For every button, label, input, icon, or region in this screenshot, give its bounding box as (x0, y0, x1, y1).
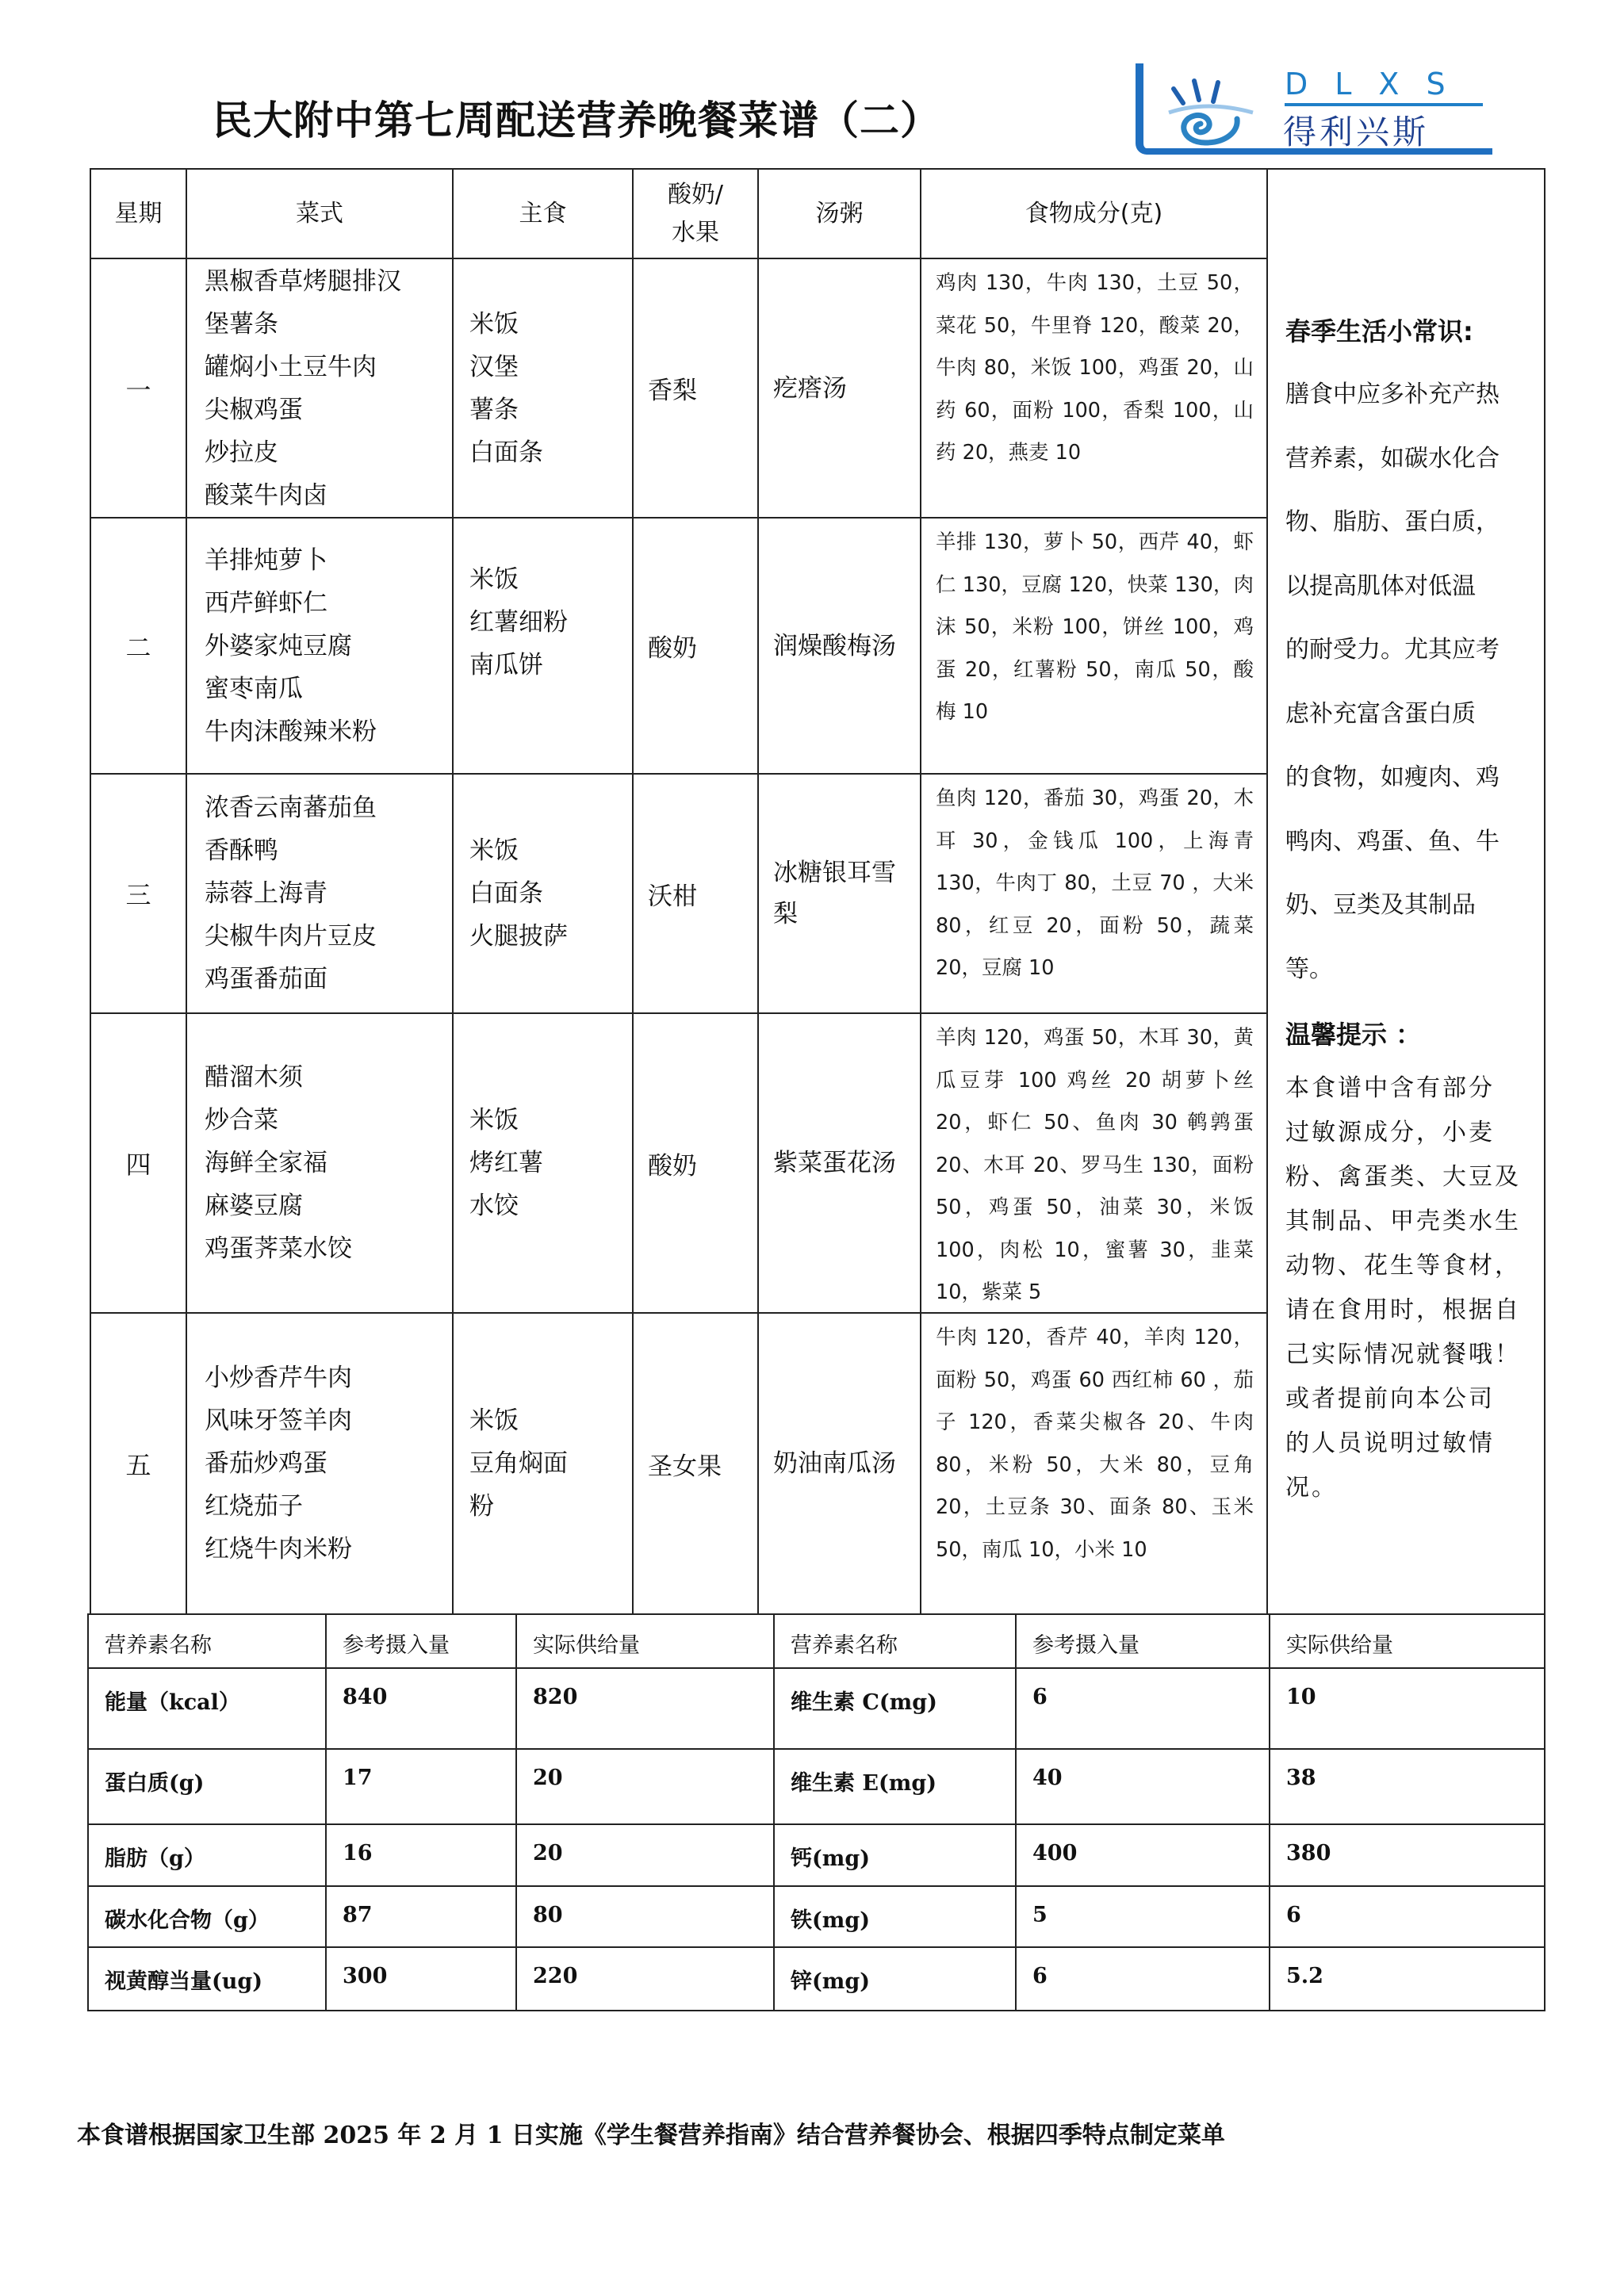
dish-item: 鸡蛋荠菜水饺 (205, 1227, 452, 1270)
row-3-staple: 米饭 白面条 火腿披萨 (452, 773, 632, 1012)
nutrient-reference: 840 (325, 1667, 515, 1748)
notice-text: 本食谱中含有部分 过敏源成分，小麦 粉、禽蛋类、大豆及 其制品、甲壳类水生 动物… (1285, 1066, 1528, 1510)
row-5-ingredients: 牛肉 120，香芹 40，羊肉 120，面粉 50，鸡蛋 60 西红柿 60 ，… (920, 1312, 1266, 1613)
row-3-fruit: 沃柑 (632, 773, 757, 1012)
notice-line: 过敏源成分，小麦 (1285, 1111, 1528, 1155)
dish-item: 蜜枣南瓜 (205, 668, 452, 710)
nutrient-actual: 380 (1269, 1823, 1544, 1885)
tips-line: 营养素，如碳水化合 (1285, 427, 1528, 492)
nutrient-name: 碳水化合物（g） (87, 1885, 325, 1946)
nutrient-name: 视黄醇当量(ug) (87, 1946, 325, 2010)
row-4-yogurt: 酸奶 (632, 1012, 757, 1312)
row-5-soup: 奶油南瓜汤 (757, 1312, 920, 1613)
page-title: 民大附中第七周配送营养晚餐菜谱（二） (213, 89, 1005, 146)
day-label: 一 (125, 370, 151, 407)
soup-label: 冰糖银耳雪梨 (773, 852, 913, 935)
dish-item: 醋溜木须 (205, 1056, 452, 1099)
header-dishes: 菜式 (186, 168, 452, 258)
dish-item: 海鲜全家福 (205, 1142, 452, 1184)
tips-text: 膳食中应多补充产热 营养素，如碳水化合 物、脂肪、蛋白质， 以提高肌体对低温 的… (1285, 363, 1528, 1001)
soup-label: 奶油南瓜汤 (773, 1443, 896, 1484)
dish-item: 番茄炒鸡蛋 (205, 1442, 452, 1485)
row-5-fruit: 圣女果 (632, 1312, 757, 1613)
nutrient-reference: 6 (1015, 1946, 1269, 2010)
row-2-day: 二 (90, 517, 186, 773)
nutrition-header-reference: 参考摄入量 (325, 1613, 515, 1667)
tips-line: 的食物，如瘦肉、鸡 (1285, 746, 1528, 810)
staple-item: 汉堡 (469, 346, 632, 388)
row-2-staple: 米饭 红薯细粉 南瓜饼 (452, 517, 632, 773)
dish-item: 炒合菜 (205, 1099, 452, 1142)
row-2-soup: 润燥酸梅汤 (757, 517, 920, 773)
dish-item: 浓香云南蕃茄鱼 (205, 786, 452, 829)
notice-line: 请在食用时，根据自 (1285, 1288, 1528, 1333)
row-1-soup: 疙瘩汤 (757, 258, 920, 517)
dish-item: 红烧茄子 (205, 1485, 452, 1528)
yogurt-label: 酸奶 (648, 628, 697, 664)
dish-item: 堡薯条 (205, 303, 452, 346)
row-3-soup: 冰糖银耳雪梨 (757, 773, 920, 1012)
row-5-dishes: 小炒香芹牛肉 风味牙签羊肉 番茄炒鸡蛋 红烧茄子 红烧牛肉米粉 (186, 1312, 452, 1613)
row-2-dishes: 羊排炖萝卜 西芹鲜虾仁 外婆家炖豆腐 蜜枣南瓜 牛肉沫酸辣米粉 (186, 517, 452, 773)
row-2-yogurt: 酸奶 (632, 517, 757, 773)
dish-item: 外婆家炖豆腐 (205, 625, 452, 668)
fruit-label: 香梨 (648, 370, 697, 406)
nutrient-reference: 400 (1015, 1823, 1269, 1885)
row-1-dishes: 黑椒香草烤腿排汉 堡薯条 罐焖小土豆牛肉 尖椒鸡蛋 炒拉皮 酸菜牛肉卤 (186, 258, 452, 517)
notice-line: 己实际情况就餐哦！ (1285, 1333, 1528, 1377)
dish-item: 酸菜牛肉卤 (205, 474, 452, 517)
header-yogurt-fruit: 酸奶/ 水果 (632, 168, 757, 258)
nutrient-actual: 5.2 (1269, 1946, 1544, 2010)
dish-item: 红烧牛肉米粉 (205, 1528, 452, 1571)
nutrient-actual: 820 (515, 1667, 773, 1748)
dish-item: 尖椒牛肉片豆皮 (205, 915, 452, 958)
staple-item: 火腿披萨 (469, 915, 632, 958)
row-4-dishes: 醋溜木须 炒合菜 海鲜全家福 麻婆豆腐 鸡蛋荠菜水饺 (186, 1012, 452, 1312)
header-day-label: 星期 (115, 195, 163, 233)
nutrient-reference: 40 (1015, 1748, 1269, 1823)
dish-item: 尖椒鸡蛋 (205, 388, 452, 431)
fruit-label: 沃柑 (648, 876, 697, 912)
nutrient-name: 蛋白质(g) (87, 1748, 325, 1823)
nutrient-actual: 20 (515, 1748, 773, 1823)
tips-line: 物、脂肪、蛋白质， (1285, 491, 1528, 555)
dish-item: 羊排炖萝卜 (205, 539, 452, 582)
eye-spiral-logo-icon (1159, 71, 1262, 147)
footer-note: 本食谱根据国家卫生部 2025 年 2 月 1 日实施《学生餐营养指南》结合营养… (77, 2115, 1225, 2150)
nutrition-header-actual-2: 实际供给量 (1269, 1613, 1544, 1667)
yogurt-label: 酸奶 (648, 1146, 697, 1181)
tips-line: 膳食中应多补充产热 (1285, 363, 1528, 427)
staple-item: 米饭 (469, 1099, 632, 1142)
staple-item: 薯条 (469, 388, 632, 431)
staple-item: 米饭 (469, 829, 632, 872)
notice-line: 其制品、甲壳类水生 (1285, 1200, 1528, 1244)
tips-heading: 春季生活小常识: (1285, 300, 1528, 363)
dish-item: 蒜蓉上海青 (205, 872, 452, 915)
logo-chinese-text: 得利兴斯 (1283, 106, 1429, 154)
nutrient-actual: 20 (515, 1823, 773, 1885)
dish-item: 风味牙签羊肉 (205, 1399, 452, 1442)
row-1-staple: 米饭 汉堡 薯条 白面条 (452, 258, 632, 517)
notice-line: 或者提前向本公司 (1285, 1377, 1528, 1422)
nutrient-reference: 16 (325, 1823, 515, 1885)
notice-line: 动物、花生等食材， (1285, 1244, 1528, 1288)
row-3-dishes: 浓香云南蕃茄鱼 香酥鸭 蒜蓉上海青 尖椒牛肉片豆皮 鸡蛋番茄面 (186, 773, 452, 1012)
row-1-day: 一 (90, 258, 186, 517)
day-label: 五 (125, 1445, 151, 1482)
staple-item: 水饺 (469, 1184, 632, 1227)
tips-line: 鸭肉、鸡蛋、鱼、牛 (1285, 810, 1528, 874)
header-staple-label: 主食 (519, 195, 567, 233)
row-3-ingredients: 鱼肉 120，番茄 30，鸡蛋 20，木耳 30，金钱瓜 100，上海青 130… (920, 773, 1266, 1012)
row-4-soup: 紫菜蛋花汤 (757, 1012, 920, 1312)
nutrient-actual: 80 (515, 1885, 773, 1946)
header-yogurt-label: 酸奶/ (668, 176, 723, 214)
staple-item: 白面条 (469, 872, 632, 915)
staple-item: 米饭 (469, 558, 632, 601)
soup-label: 润燥酸梅汤 (773, 626, 896, 667)
staple-item: 南瓜饼 (469, 644, 632, 687)
row-1-fruit: 香梨 (632, 258, 757, 517)
row-4-staple: 米饭 烤红薯 水饺 (452, 1012, 632, 1312)
dish-item: 香酥鸭 (205, 829, 452, 872)
nutrient-reference: 5 (1015, 1885, 1269, 1946)
staple-item: 米饭 (469, 303, 632, 346)
notice-line: 的人员说明过敏情 (1285, 1422, 1528, 1466)
day-label: 二 (125, 628, 151, 664)
logo-latin-text: DLXS (1285, 67, 1483, 101)
header-ingredients-label: 食物成分(克) (1025, 195, 1162, 233)
dish-item: 麻婆豆腐 (205, 1184, 452, 1227)
row-5-day: 五 (90, 1312, 186, 1613)
nutrient-actual: 38 (1269, 1748, 1544, 1823)
dish-item: 小炒香芹牛肉 (205, 1357, 452, 1399)
day-label: 三 (125, 875, 151, 912)
tips-line: 虑补充富含蛋白质 (1285, 683, 1528, 747)
notice-heading: 温馨提示 ： (1285, 1003, 1528, 1066)
nutrition-header-name: 营养素名称 (87, 1613, 325, 1667)
staple-item: 白面条 (469, 431, 632, 474)
staple-item: 烤红薯 (469, 1142, 632, 1184)
staple-item: 米饭 (469, 1399, 632, 1442)
staple-item: 豆角焖面 (469, 1442, 632, 1485)
day-label: 四 (125, 1145, 151, 1181)
nutrient-name: 钙(mg) (773, 1823, 1015, 1885)
nutrient-name: 铁(mg) (773, 1885, 1015, 1946)
nutrient-reference: 300 (325, 1946, 515, 2010)
notice-line: 况。 (1285, 1466, 1528, 1510)
nutrient-reference: 6 (1015, 1667, 1269, 1748)
staple-item: 粉 (469, 1485, 632, 1528)
row-3-day: 三 (90, 773, 186, 1012)
company-logo: DLXS 得利兴斯 (1136, 63, 1492, 155)
row-5-staple: 米饭 豆角焖面 粉 (452, 1312, 632, 1613)
row-1-ingredients: 鸡肉 130，牛肉 130，土豆 50，菜花 50，牛里脊 120，酸菜 20，… (920, 258, 1266, 517)
tips-line: 以提高肌体对低温 (1285, 555, 1528, 619)
header-dishes-label: 菜式 (296, 195, 343, 233)
nutrient-name: 锌(mg) (773, 1946, 1015, 2010)
dish-item: 炒拉皮 (205, 431, 452, 474)
nutrient-name: 脂肪（g） (87, 1823, 325, 1885)
tips-line: 奶、豆类及其制品 (1285, 874, 1528, 938)
tips-line: 的耐受力。尤其应考 (1285, 618, 1528, 683)
dish-item: 罐焖小土豆牛肉 (205, 346, 452, 388)
nutrient-reference: 87 (325, 1885, 515, 1946)
nutrient-actual: 10 (1269, 1667, 1544, 1748)
nutrient-name: 维生素 C(mg) (773, 1667, 1015, 1748)
notice-line: 粉、禽蛋类、大豆及 (1285, 1155, 1528, 1200)
header-day: 星期 (90, 168, 186, 258)
nutrition-header-name-2: 营养素名称 (773, 1613, 1015, 1667)
sidebar-notes: 春季生活小常识: 膳食中应多补充产热 营养素，如碳水化合 物、脂肪、蛋白质， 以… (1266, 168, 1544, 1613)
nutrient-name: 维生素 E(mg) (773, 1748, 1015, 1823)
nutrition-header-reference-2: 参考摄入量 (1015, 1613, 1269, 1667)
dish-item: 鸡蛋番茄面 (205, 958, 452, 1001)
staple-item: 红薯细粉 (469, 601, 632, 644)
fruit-label: 圣女果 (648, 1446, 722, 1482)
nutrition-header-actual: 实际供给量 (515, 1613, 773, 1667)
nutrient-actual: 6 (1269, 1885, 1544, 1946)
row-4-day: 四 (90, 1012, 186, 1312)
header-soup: 汤粥 (757, 168, 920, 258)
tips-line: 等。 (1285, 938, 1528, 1002)
header-fruit-label: 水果 (672, 214, 719, 252)
soup-label: 紫菜蛋花汤 (773, 1142, 896, 1184)
dish-item: 黑椒香草烤腿排汉 (205, 260, 452, 303)
dish-item: 西芹鲜虾仁 (205, 582, 452, 625)
header-ingredients: 食物成分(克) (920, 168, 1266, 258)
soup-label: 疙瘩汤 (773, 368, 847, 409)
nutrient-actual: 220 (515, 1946, 773, 2010)
nutrient-name: 能量（kcal） (87, 1667, 325, 1748)
nutrient-reference: 17 (325, 1748, 515, 1823)
header-staple: 主食 (452, 168, 632, 258)
header-soup-label: 汤粥 (816, 195, 864, 233)
row-4-ingredients: 羊肉 120，鸡蛋 50，木耳 30，黄瓜豆芽 100 鸡丝 20 胡萝卜丝 2… (920, 1012, 1266, 1312)
dish-item: 牛肉沫酸辣米粉 (205, 710, 452, 753)
row-2-ingredients: 羊排 130，萝卜 50，西芹 40，虾仁 130，豆腐 120，快菜 130，… (920, 517, 1266, 773)
notice-line: 本食谱中含有部分 (1285, 1066, 1528, 1111)
